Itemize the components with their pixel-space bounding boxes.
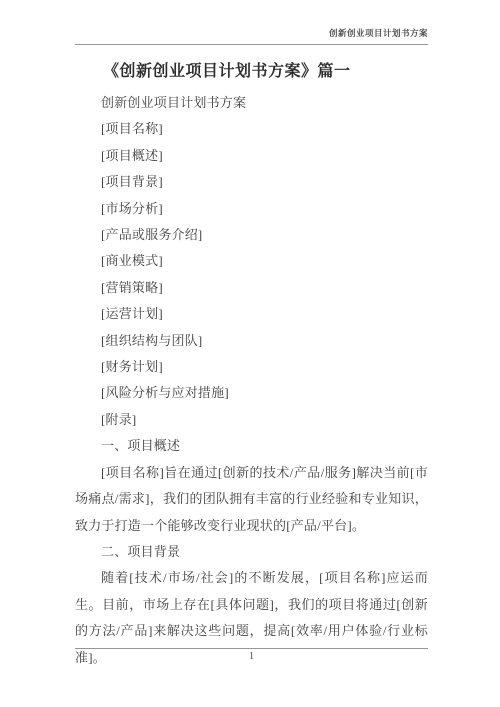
paragraph: [附录] [75, 407, 428, 433]
page-header: 创新创业项目计划书方案 [75, 27, 428, 45]
paragraph: [项目概述] [75, 143, 428, 169]
document-body: 创新创业项目计划书方案[项目名称][项目概述][项目背景][市场分析][产品或服… [75, 90, 428, 671]
paragraph: [产品或服务介绍] [75, 222, 428, 248]
paragraph: [项目名称]旨在通过[创新的技术/产品/服务]解决当前[市场痛点/需求]，我们的… [75, 460, 428, 539]
document-title: 《创新创业项目计划书方案》篇一 [75, 59, 428, 85]
paragraph: [风险分析与应对措施] [75, 380, 428, 406]
paragraph: [财务计划] [75, 354, 428, 380]
paragraph: [项目名称] [75, 116, 428, 142]
document-content: 《创新创业项目计划书方案》篇一 创新创业项目计划书方案[项目名称][项目概述][… [75, 59, 428, 671]
paragraph: 一、项目概述 [75, 433, 428, 459]
paragraph: [商业模式] [75, 248, 428, 274]
document-page: 创新创业项目计划书方案 《创新创业项目计划书方案》篇一 创新创业项目计划书方案[… [0, 0, 500, 707]
header-text: 创新创业项目计划书方案 [329, 28, 428, 38]
paragraph: [项目背景] [75, 169, 428, 195]
page-footer: 1 [75, 648, 428, 662]
paragraph: [组织结构与团队] [75, 328, 428, 354]
paragraph: 二、项目背景 [75, 539, 428, 565]
paragraph: [市场分析] [75, 196, 428, 222]
paragraph: [运营计划] [75, 301, 428, 327]
page-number: 1 [249, 651, 254, 662]
paragraph: 创新创业项目计划书方案 [75, 90, 428, 116]
paragraph: [营销策略] [75, 275, 428, 301]
